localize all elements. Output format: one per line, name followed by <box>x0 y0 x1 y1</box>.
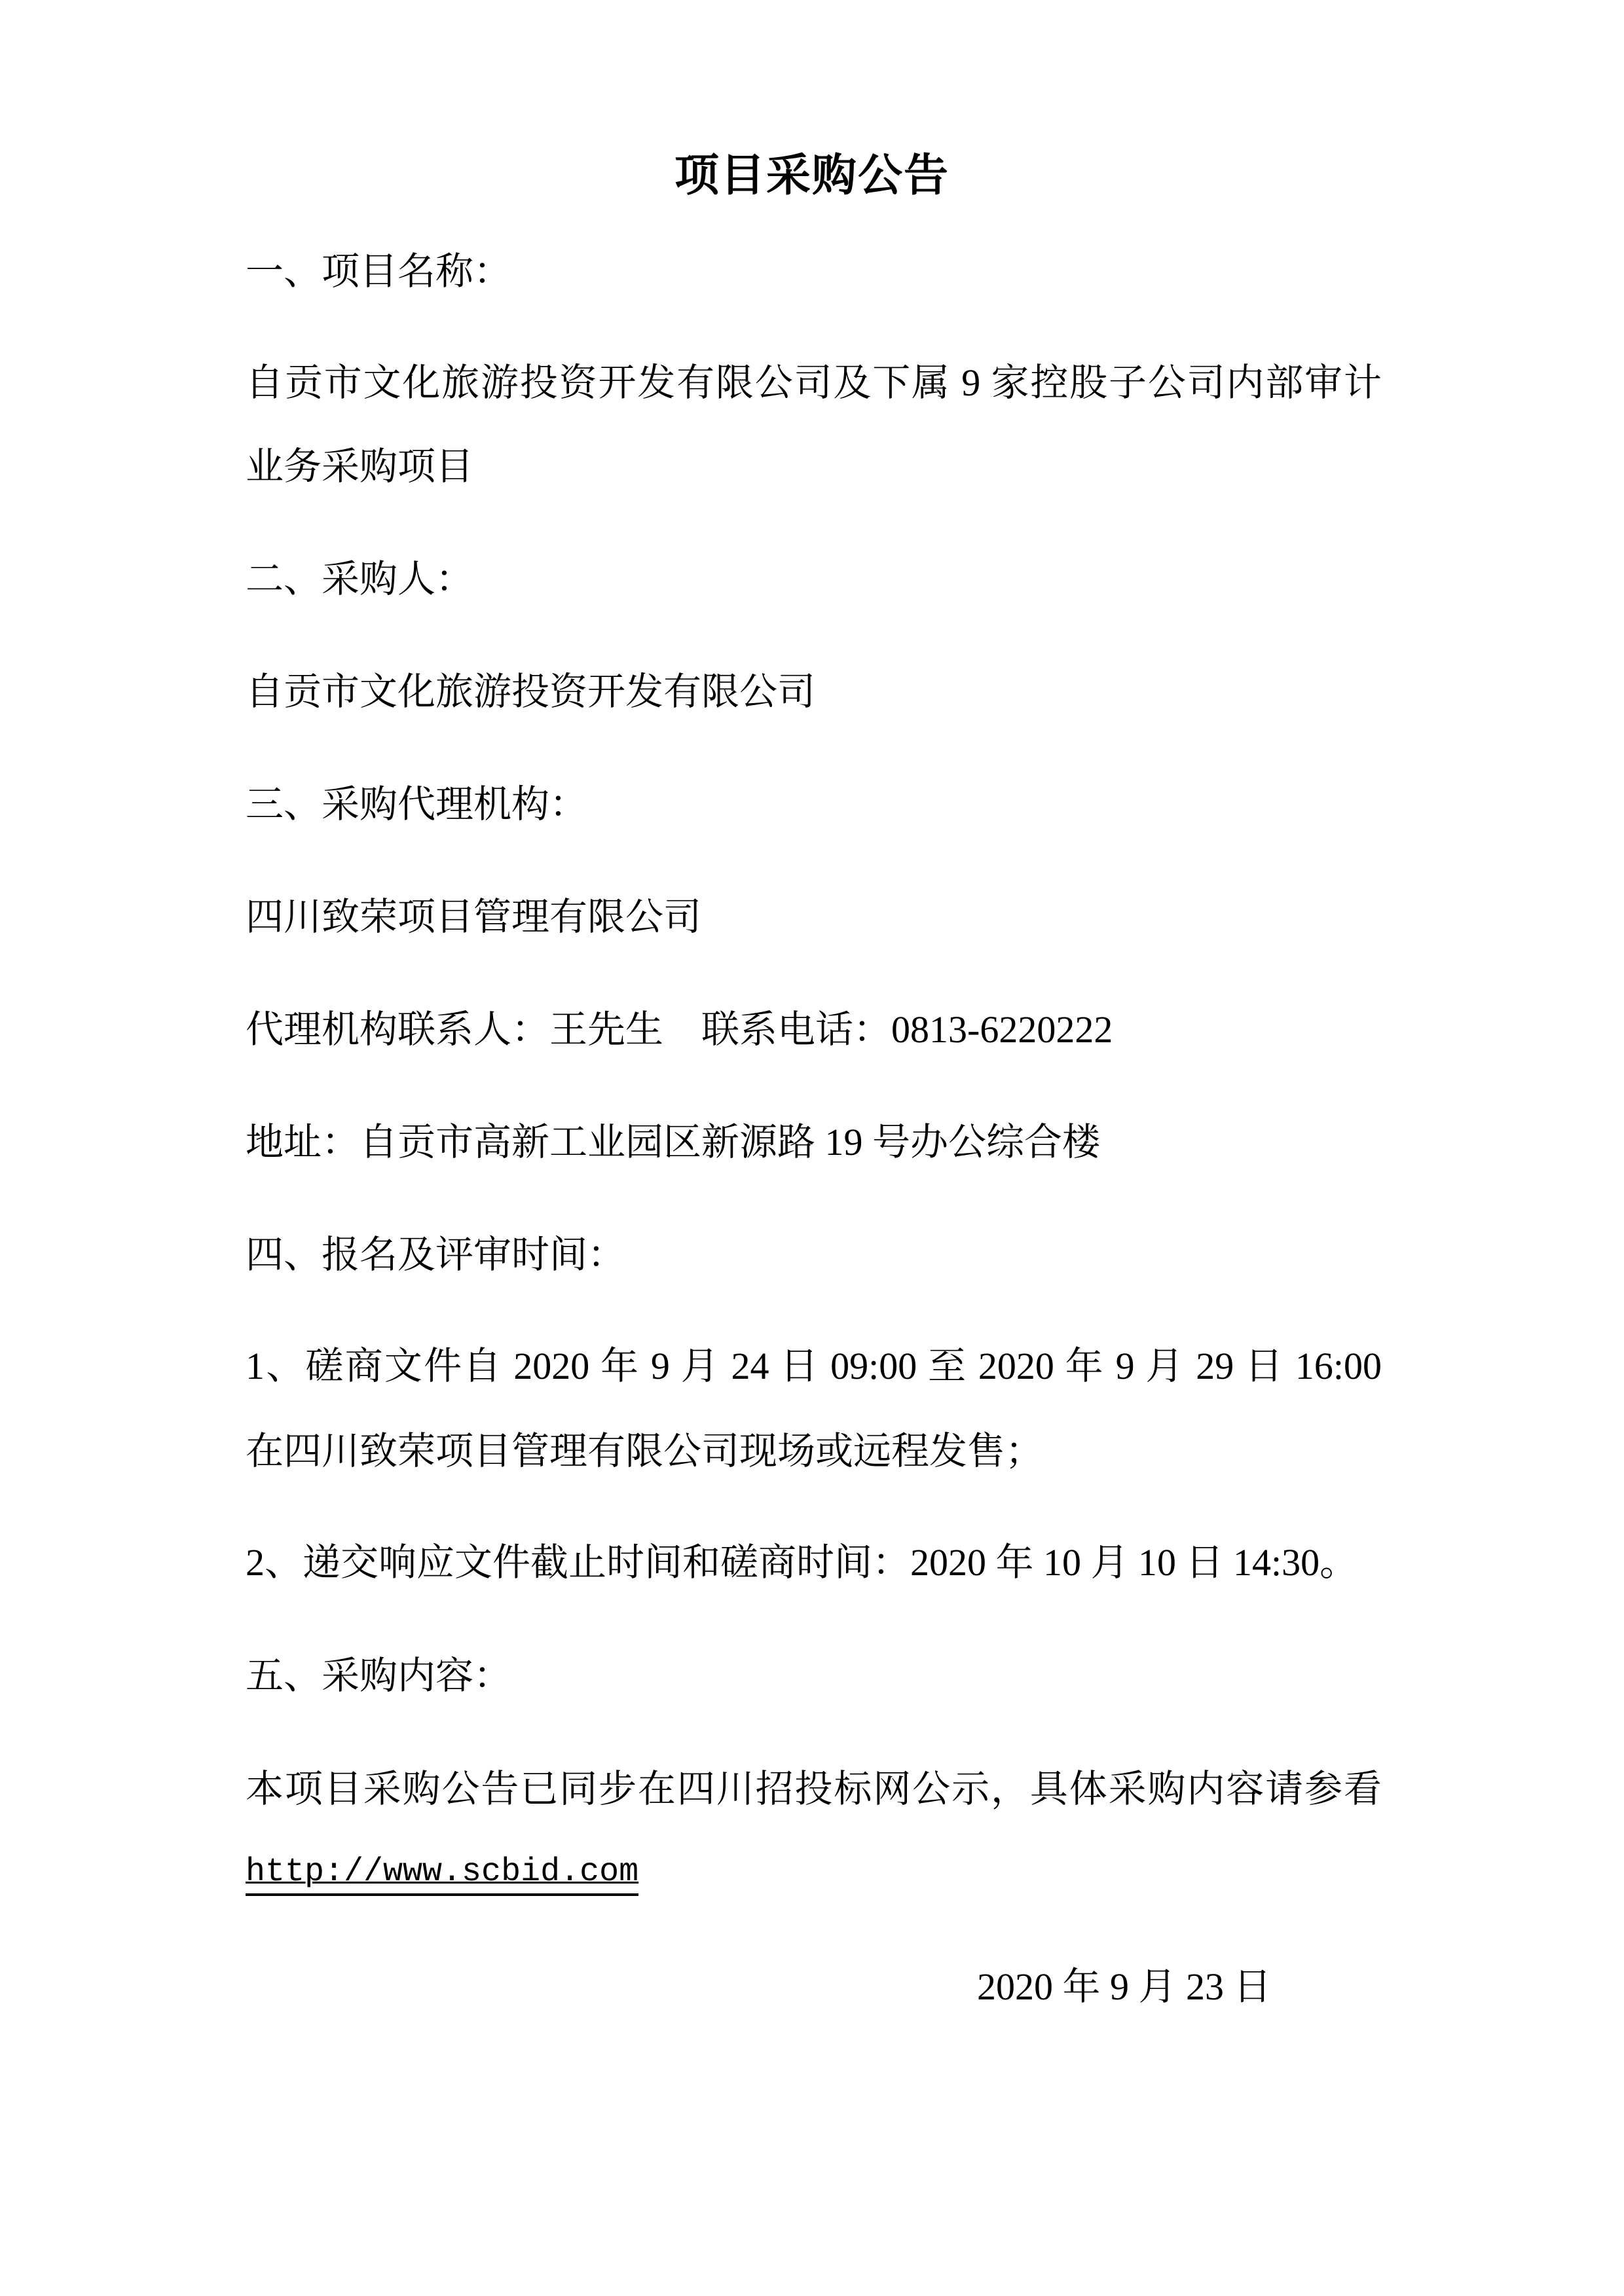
section-5-body-line-1: 本项目采购公告已同步在四川招投标网公示，具体采购内容请参看 <box>246 1766 1382 1812</box>
scbid-url-link[interactable]: http://www.scbid.com <box>246 1853 638 1896</box>
section-3-contact-line: 代理机构联系人：王先生 联系电话：0813-6220222 <box>246 1007 1382 1053</box>
section-4-body-line-3: 2、递交响应文件截止时间和磋商时间：2020 年 10 月 10 日 14:30… <box>246 1540 1382 1586</box>
section-4-heading: 四、报名及评审时间： <box>246 1232 1382 1278</box>
section-5-link-line: http://www.scbid.com <box>246 1853 1382 1892</box>
section-1-body-line-1: 自贡市文化旅游投资开发有限公司及下属 9 家控股子公司内部审计 <box>246 360 1382 406</box>
document-date: 2020 年 9 月 23 日 <box>977 1964 1272 2010</box>
section-4-body-line-1: 1、磋商文件自 2020 年 9 月 24 日 09:00 至 2020 年 9… <box>246 1343 1382 1389</box>
section-3-address-line: 地址：自贡市高新工业园区新源路 19 号办公综合楼 <box>246 1120 1382 1165</box>
section-3-body-line-1: 四川致荣项目管理有限公司 <box>246 894 1382 940</box>
section-4-body-line-2: 在四川致荣项目管理有限公司现场或远程发售； <box>246 1429 1382 1474</box>
section-3-heading: 三、采购代理机构： <box>246 782 1382 828</box>
section-2-heading: 二、采购人： <box>246 556 1382 602</box>
document-title: 项目采购公告 <box>0 149 1624 203</box>
section-2-body-line-1: 自贡市文化旅游投资开发有限公司 <box>246 669 1382 715</box>
document-page: 项目采购公告 一、项目名称： 自贡市文化旅游投资开发有限公司及下属 9 家控股子… <box>0 0 1624 2296</box>
section-1-body-line-2: 业务采购项目 <box>246 444 1382 490</box>
section-5-heading: 五、采购内容： <box>246 1653 1382 1699</box>
section-1-heading: 一、项目名称： <box>246 249 1382 295</box>
